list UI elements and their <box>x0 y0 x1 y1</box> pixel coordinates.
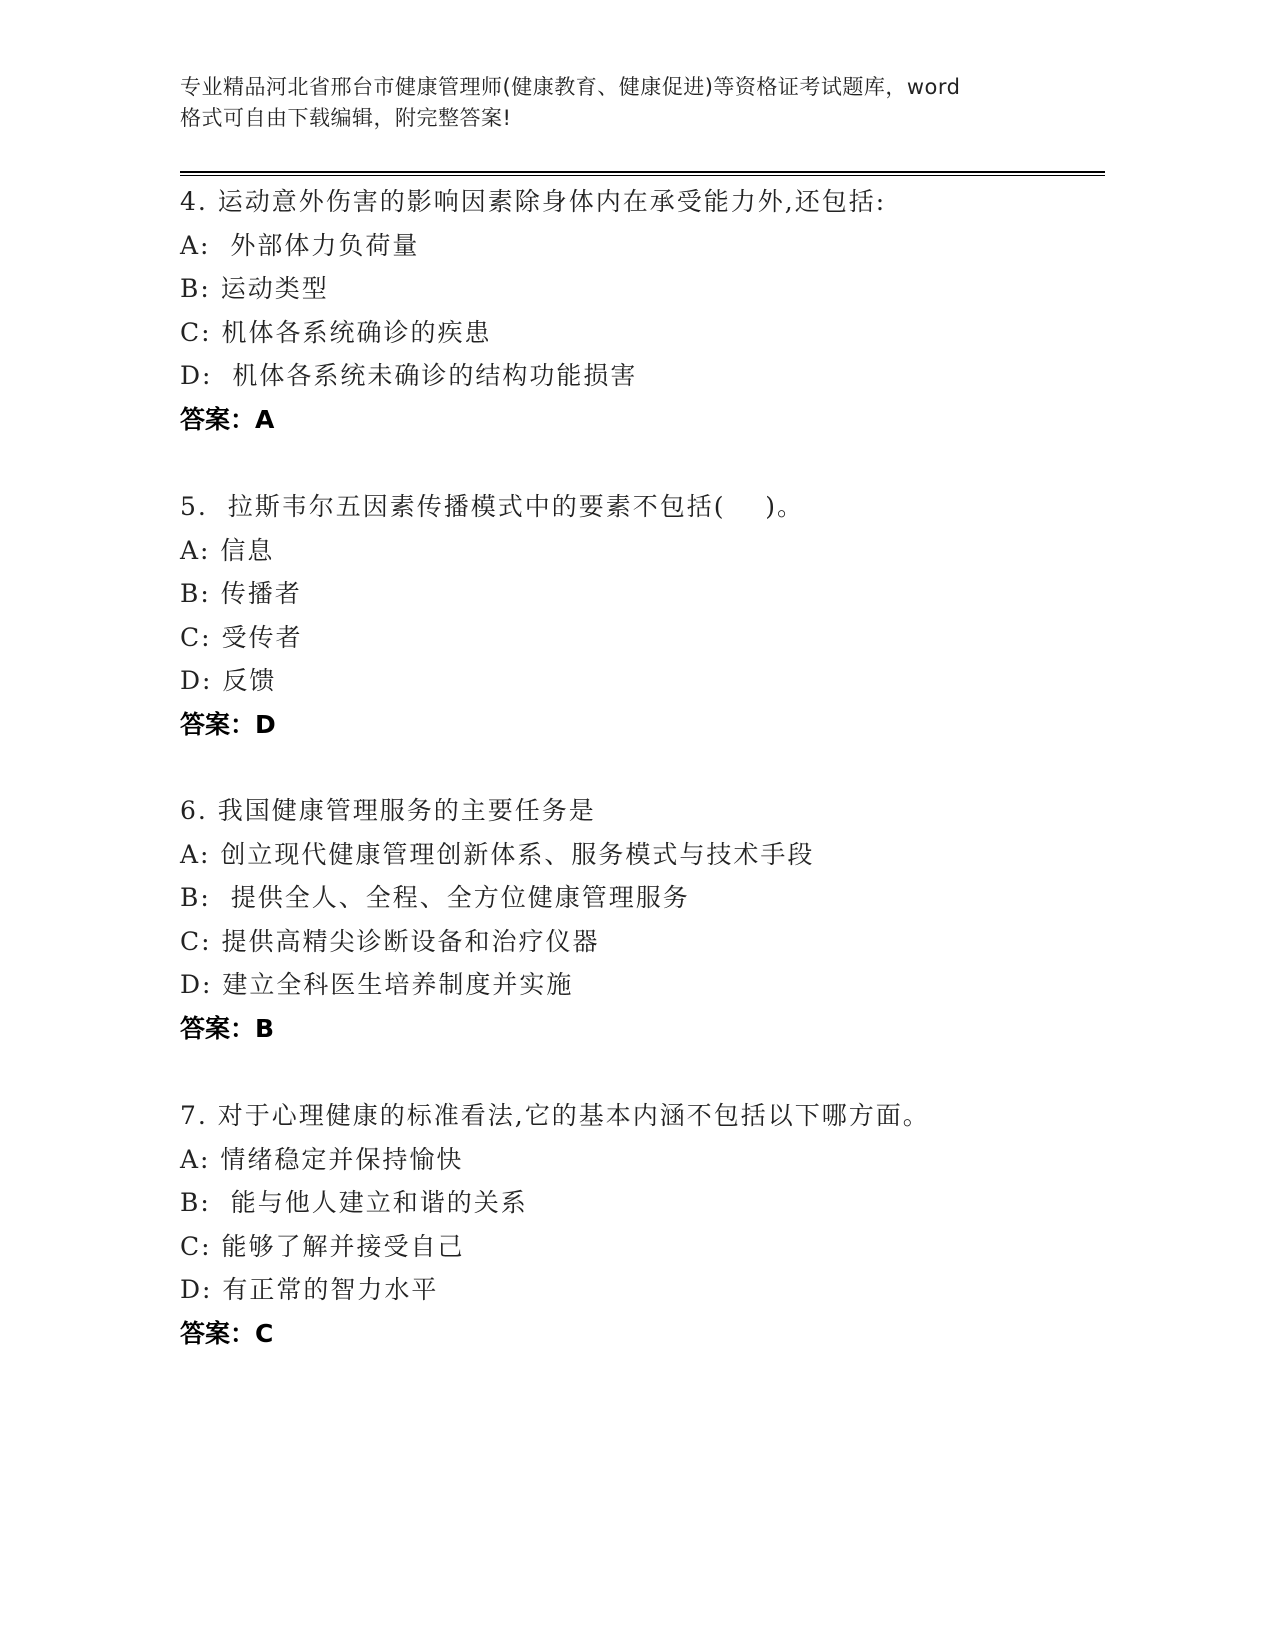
option-b: B: 传播者 <box>180 572 804 616</box>
question-4: 4. 运动意外伤害的影响因素除身体内在承受能力外,还包括: A: 外部体力负荷量… <box>180 180 886 442</box>
option-b: B: 提供全人、全程、全方位健康管理服务 <box>180 876 814 920</box>
header-rule-thick <box>180 171 1105 173</box>
header-line-1: 专业精品河北省邢台市健康管理师(健康教育、健康促进)等资格证考试题库，word <box>180 72 1080 103</box>
option-b: B: 运动类型 <box>180 267 886 311</box>
option-a: A: 情绪稳定并保持愉快 <box>180 1138 930 1182</box>
option-c: C: 能够了解并接受自己 <box>180 1225 930 1269</box>
option-c: C: 提供高精尖诊断设备和治疗仪器 <box>180 920 814 964</box>
option-a: A: 创立现代健康管理创新体系、服务模式与技术手段 <box>180 833 814 877</box>
option-d: D: 反馈 <box>180 659 804 703</box>
question-stem: 5. 拉斯韦尔五因素传播模式中的要素不包括( )。 <box>180 485 804 529</box>
option-a: A: 信息 <box>180 529 804 573</box>
question-6: 6. 我国健康管理服务的主要任务是 A: 创立现代健康管理创新体系、服务模式与技… <box>180 789 814 1051</box>
option-b: B: 能与他人建立和谐的关系 <box>180 1181 930 1225</box>
header-line-2: 格式可自由下载编辑，附完整答案! <box>180 103 1080 134</box>
answer: 答案：C <box>180 1312 930 1356</box>
question-stem: 4. 运动意外伤害的影响因素除身体内在承受能力外,还包括: <box>180 180 886 224</box>
answer: 答案：D <box>180 703 804 747</box>
question-7: 7. 对于心理健康的标准看法,它的基本内涵不包括以下哪方面。 A: 情绪稳定并保… <box>180 1094 930 1356</box>
option-c: C: 受传者 <box>180 616 804 660</box>
question-stem: 7. 对于心理健康的标准看法,它的基本内涵不包括以下哪方面。 <box>180 1094 930 1138</box>
option-d: D: 机体各系统未确诊的结构功能损害 <box>180 354 886 398</box>
option-a: A: 外部体力负荷量 <box>180 224 886 268</box>
document-header: 专业精品河北省邢台市健康管理师(健康教育、健康促进)等资格证考试题库，word … <box>180 72 1080 134</box>
header-rule-thin <box>180 175 1105 176</box>
question-stem: 6. 我国健康管理服务的主要任务是 <box>180 789 814 833</box>
question-5: 5. 拉斯韦尔五因素传播模式中的要素不包括( )。 A: 信息 B: 传播者 C… <box>180 485 804 747</box>
option-d: D: 有正常的智力水平 <box>180 1268 930 1312</box>
answer: 答案：B <box>180 1007 814 1051</box>
answer: 答案：A <box>180 398 886 442</box>
option-d: D: 建立全科医生培养制度并实施 <box>180 963 814 1007</box>
option-c: C: 机体各系统确诊的疾患 <box>180 311 886 355</box>
